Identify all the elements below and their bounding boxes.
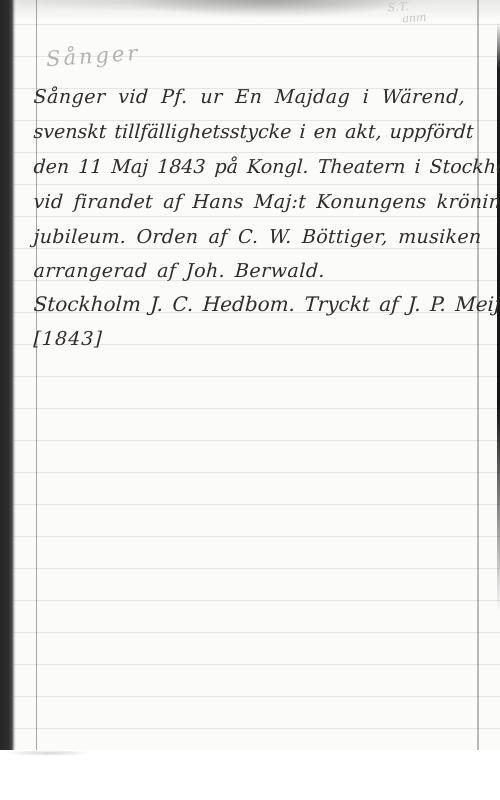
manuscript-line-3: den 11 Maj 1843 på Kongl. Theatern i Sto… [33, 156, 484, 178]
screenshot-root: S.T. anm Sånger Sånger vid Pf. ur En Maj… [0, 0, 500, 800]
manuscript-line-4: vid firandet af Hans Maj:t Konungens krö… [33, 191, 484, 213]
manuscript-line-5: jubileum. Orden af C. W. Böttiger, musik… [33, 226, 484, 248]
manuscript-line-6: arrangerad af Joh. Berwald. [33, 260, 484, 282]
manuscript-line-1: Sånger vid Pf. ur En Majdag i Wärend, [33, 86, 484, 108]
manuscript-line-7: Stockholm J. C. Hedbom. Tryckt af J. P. … [33, 292, 484, 316]
binding-edge [0, 0, 16, 750]
manuscript-line-8: [1843] [33, 328, 484, 350]
scanned-page: S.T. anm Sånger Sånger vid Pf. ur En Maj… [0, 0, 500, 750]
left-margin-line [36, 0, 37, 750]
pencil-corner-note-line2: anm [402, 12, 427, 26]
pencil-corner-note: S.T. anm [387, 0, 427, 26]
manuscript-line-2: svenskt tillfällighetsstycke i en akt, u… [33, 121, 484, 143]
right-margin-line [477, 0, 479, 750]
scan-bottom-smudge [8, 749, 128, 757]
